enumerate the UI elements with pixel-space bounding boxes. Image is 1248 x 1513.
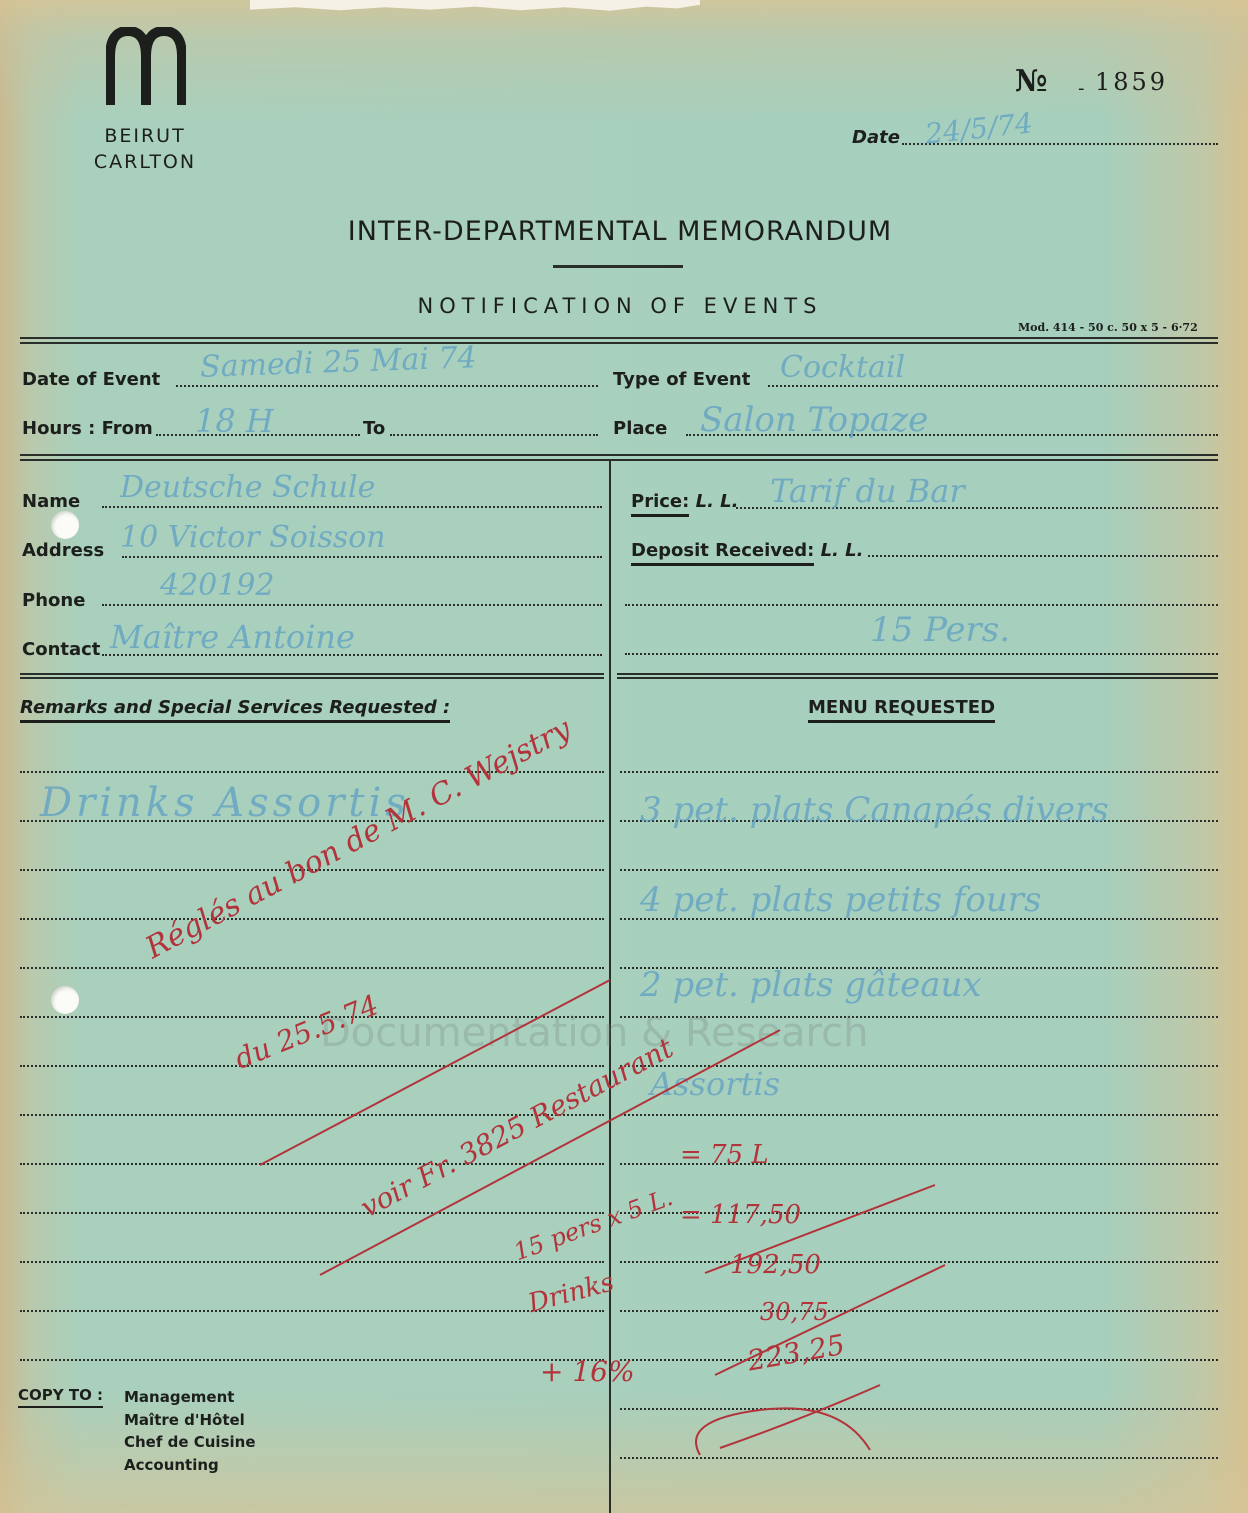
place-label: Place [613,418,667,439]
menu-line-1-value: 3 pet. plats Canapés divers [640,790,1109,830]
menu-line[interactable] [620,1359,1218,1361]
number-dash: - [1078,78,1085,99]
double-rule-top-a [20,337,1218,339]
hours-from-value: 18 H [195,402,274,440]
hours-to-label: To [363,418,385,439]
paper-aging-top [0,0,1248,120]
menu-line[interactable] [620,771,1218,773]
phone-value: 420192 [160,568,275,603]
price-currency: L. L. [696,491,739,512]
settlement-note-line1: Réglés au bon de M. C. Wejstry [140,711,577,965]
date-of-event-value: Samedi 25 Mai 74 [199,340,477,385]
menu-line[interactable] [620,869,1218,871]
type-of-event-label: Type of Event [613,369,750,390]
name-label: Name [22,491,80,512]
place-value: Salon Topaze [700,400,928,440]
menu-line[interactable] [620,1114,1218,1116]
menu-line-3-value: 2 pet. plats gâteaux [640,965,982,1005]
hotel-name-line1: BEIRUT [70,125,220,147]
address-field[interactable] [122,556,602,558]
punch-hole-bottom [51,986,79,1014]
remarks-line[interactable] [20,918,604,920]
double-rule-lower-right-b [617,677,1218,679]
date-label: Date [852,127,900,148]
price-label-group: Price: L. L. [631,491,739,512]
address-label: Address [22,540,104,561]
address-value: 10 Victor Soisson [120,520,386,555]
remarks-heading: Remarks and Special Services Requested : [20,697,450,718]
archive-watermark: Documentation & Research [320,1010,868,1056]
hotel-name-line2: CARLTON [70,151,220,173]
calc-subtotal: 192,50 [730,1250,821,1280]
copy-to-label: COPY TO : [18,1386,103,1404]
contact-label: Contact [22,639,100,660]
menu-line[interactable] [620,1457,1218,1459]
hours-to-field[interactable] [390,434,598,436]
calc-line-2: = 117,50 [680,1200,801,1230]
double-rule-lower-left-b [20,677,604,679]
copy-recipient: Accounting [124,1454,256,1477]
form-title: INTER-DEPARTMENTAL MEMORANDUM [0,216,1240,247]
remarks-line[interactable] [20,1359,604,1361]
double-rule-lower-right-a [617,673,1218,675]
remarks-line-1-value: Drinks Assortis [40,780,410,826]
deposit-field[interactable] [868,555,1218,557]
calc-tax-label: + 16% [540,1355,635,1388]
punch-hole-top [51,511,79,539]
remarks-line[interactable] [20,967,604,969]
menu-line[interactable] [620,1261,1218,1263]
memo-number-value: 1859 [1095,68,1168,96]
double-rule-lower-left-a [20,673,604,675]
phone-field[interactable] [102,604,602,606]
menu-heading: MENU REQUESTED [808,697,995,718]
phone-label: Phone [22,590,85,611]
form-subtitle: NOTIFICATION OF EVENTS [0,294,1240,318]
remarks-line[interactable] [20,1065,604,1067]
date-of-event-label: Date of Event [22,369,160,390]
pricing-extra-line-1[interactable] [625,604,1218,606]
menu-line-2-value: 4 pet. plats petits fours [640,880,1041,920]
calc-persons: 15 pers x 5 L. [510,1183,676,1266]
remarks-line[interactable] [20,1212,604,1214]
title-divider [553,265,683,268]
copy-recipient: Maître d'Hôtel [124,1409,256,1432]
menu-line[interactable] [620,1408,1218,1410]
deposit-label: Deposit Received: [631,540,814,566]
type-of-event-field[interactable] [768,385,1218,387]
pricing-extra-value: 15 Pers. [870,610,1010,650]
copy-to-list: Management Maître d'Hôtel Chef de Cuisin… [124,1386,256,1476]
price-value: Tarif du Bar [770,472,965,510]
model-code: Mod. 414 - 50 c. 50 x 5 - 6·72 [1018,321,1198,334]
memo-number-label: № [1015,64,1048,99]
calc-tax-value: 30,75 [760,1298,829,1326]
contact-value: Maître Antoine [110,618,355,656]
remarks-line[interactable] [20,1163,604,1165]
remarks-line[interactable] [20,1261,604,1263]
pricing-extra-line-2[interactable] [625,653,1218,655]
double-rule-mid-b [20,459,1218,461]
double-rule-mid-a [20,454,1218,456]
type-of-event-value: Cocktail [780,350,905,385]
name-field[interactable] [102,506,602,508]
price-label: Price: [631,491,689,517]
hours-from-label: Hours : From [22,418,153,439]
menu-line[interactable] [620,1310,1218,1312]
hotel-logo-icon [106,27,186,105]
double-rule-top-b [20,342,1218,344]
name-value: Deutsche Schule [120,470,375,505]
menu-line-4-value: Assortis [650,1065,780,1103]
calc-line-1: = 75 L [680,1140,769,1170]
deposit-currency: L. L. [821,540,864,561]
copy-recipient: Management [124,1386,256,1409]
copy-recipient: Chef de Cuisine [124,1431,256,1454]
deposit-label-group: Deposit Received: L. L. [631,540,863,561]
date-of-event-field[interactable] [176,385,598,387]
calc-total: 223,25 [745,1328,847,1378]
remarks-line[interactable] [20,1310,604,1312]
